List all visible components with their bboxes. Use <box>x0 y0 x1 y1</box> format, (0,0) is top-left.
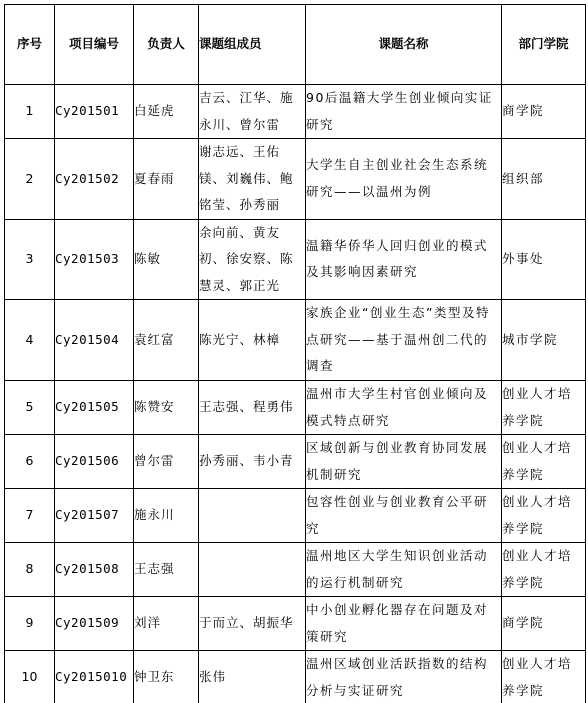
cell-leader: 曾尔雷 <box>134 435 199 489</box>
cell-project-id: Cy201508 <box>55 543 134 597</box>
cell-members <box>199 543 306 597</box>
cell-no: 8 <box>5 543 55 597</box>
cell-project-id: Cy201503 <box>55 219 134 300</box>
cell-no: 6 <box>5 435 55 489</box>
cell-project-id: Cy201501 <box>55 85 134 139</box>
cell-dept: 城市学院 <box>502 300 586 381</box>
cell-leader: 王志强 <box>134 543 199 597</box>
cell-leader: 陈敏 <box>134 219 199 300</box>
table-row: 8 Cy201508 王志强 温州地区大学生知识创业活动的运行机制研究 创业人才… <box>5 543 586 597</box>
cell-leader: 钟卫东 <box>134 651 199 703</box>
header-project-id: 项目编号 <box>55 5 134 85</box>
header-no: 序号 <box>5 5 55 85</box>
table-row: 5 Cy201505 陈赞安 王志强、程勇伟 温州市大学生村官创业倾向及模式特点… <box>5 381 586 435</box>
cell-project-id: Cy2015010 <box>55 651 134 703</box>
cell-title: 温籍华侨华人回归创业的模式及其影响因素研究 <box>306 219 502 300</box>
cell-project-id: Cy201507 <box>55 489 134 543</box>
cell-title: 包容性创业与创业教育公平研究 <box>306 489 502 543</box>
table-row: 3 Cy201503 陈敏 余向前、黄友初、徐安察、陈慧灵、郭正光 温籍华侨华人… <box>5 219 586 300</box>
cell-dept: 创业人才培养学院 <box>502 381 586 435</box>
table-row: 2 Cy201502 夏春雨 谢志远、王佑镁、刘巍伟、鲍铭莹、孙秀丽 大学生自主… <box>5 139 586 220</box>
cell-dept: 商学院 <box>502 85 586 139</box>
cell-dept: 外事处 <box>502 219 586 300</box>
table-row: 10 Cy2015010 钟卫东 张伟 温州区域创业活跃指数的结构分析与实证研究… <box>5 651 586 703</box>
cell-no: 1 <box>5 85 55 139</box>
cell-dept: 创业人才培养学院 <box>502 651 586 703</box>
cell-project-id: Cy201506 <box>55 435 134 489</box>
header-title: 课题名称 <box>306 5 502 85</box>
cell-no: 7 <box>5 489 55 543</box>
cell-leader: 袁红富 <box>134 300 199 381</box>
cell-no: 4 <box>5 300 55 381</box>
cell-members: 张伟 <box>199 651 306 703</box>
cell-title: 大学生自主创业社会生态系统研究——以温州为例 <box>306 139 502 220</box>
cell-dept: 创业人才培养学院 <box>502 543 586 597</box>
cell-project-id: Cy201502 <box>55 139 134 220</box>
header-row: 序号 项目编号 负责人 课题组成员 课题名称 部门学院 <box>5 5 586 85</box>
cell-no: 3 <box>5 219 55 300</box>
header-leader: 负责人 <box>134 5 199 85</box>
table-row: 7 Cy201507 施永川 包容性创业与创业教育公平研究 创业人才培养学院 <box>5 489 586 543</box>
cell-leader: 刘洋 <box>134 597 199 651</box>
cell-leader: 夏春雨 <box>134 139 199 220</box>
cell-members: 孙秀丽、韦小青 <box>199 435 306 489</box>
cell-leader: 白延虎 <box>134 85 199 139</box>
cell-title: 中小创业孵化器存在问题及对策研究 <box>306 597 502 651</box>
cell-project-id: Cy201509 <box>55 597 134 651</box>
cell-title: 温州地区大学生知识创业活动的运行机制研究 <box>306 543 502 597</box>
cell-members: 余向前、黄友初、徐安察、陈慧灵、郭正光 <box>199 219 306 300</box>
cell-title: 家族企业“创业生态”类型及特点研究——基于温州创二代的调查 <box>306 300 502 381</box>
table-row: 4 Cy201504 袁红富 陈光宁、林樟 家族企业“创业生态”类型及特点研究—… <box>5 300 586 381</box>
table-row: 6 Cy201506 曾尔雷 孙秀丽、韦小青 区域创新与创业教育协同发展机制研究… <box>5 435 586 489</box>
cell-project-id: Cy201504 <box>55 300 134 381</box>
cell-dept: 创业人才培养学院 <box>502 435 586 489</box>
cell-title: 温州市大学生村官创业倾向及模式特点研究 <box>306 381 502 435</box>
header-dept: 部门学院 <box>502 5 586 85</box>
cell-leader: 施永川 <box>134 489 199 543</box>
cell-members: 谢志远、王佑镁、刘巍伟、鲍铭莹、孙秀丽 <box>199 139 306 220</box>
cell-no: 2 <box>5 139 55 220</box>
cell-no: 10 <box>5 651 55 703</box>
cell-members: 于而立、胡振华 <box>199 597 306 651</box>
project-table: 序号 项目编号 负责人 课题组成员 课题名称 部门学院 1 Cy201501 白… <box>4 4 586 703</box>
cell-members: 陈光宁、林樟 <box>199 300 306 381</box>
table-row: 9 Cy201509 刘洋 于而立、胡振华 中小创业孵化器存在问题及对策研究 商… <box>5 597 586 651</box>
cell-project-id: Cy201505 <box>55 381 134 435</box>
cell-members: 王志强、程勇伟 <box>199 381 306 435</box>
cell-title: 区域创新与创业教育协同发展机制研究 <box>306 435 502 489</box>
cell-no: 5 <box>5 381 55 435</box>
table-row: 1 Cy201501 白延虎 吉云、江华、施永川、曾尔雷 90后温籍大学生创业倾… <box>5 85 586 139</box>
cell-no: 9 <box>5 597 55 651</box>
cell-dept: 组织部 <box>502 139 586 220</box>
cell-members <box>199 489 306 543</box>
cell-title: 温州区域创业活跃指数的结构分析与实证研究 <box>306 651 502 703</box>
cell-dept: 商学院 <box>502 597 586 651</box>
cell-leader: 陈赞安 <box>134 381 199 435</box>
header-members: 课题组成员 <box>199 5 306 85</box>
cell-members: 吉云、江华、施永川、曾尔雷 <box>199 85 306 139</box>
cell-dept: 创业人才培养学院 <box>502 489 586 543</box>
cell-title: 90后温籍大学生创业倾向实证研究 <box>306 85 502 139</box>
